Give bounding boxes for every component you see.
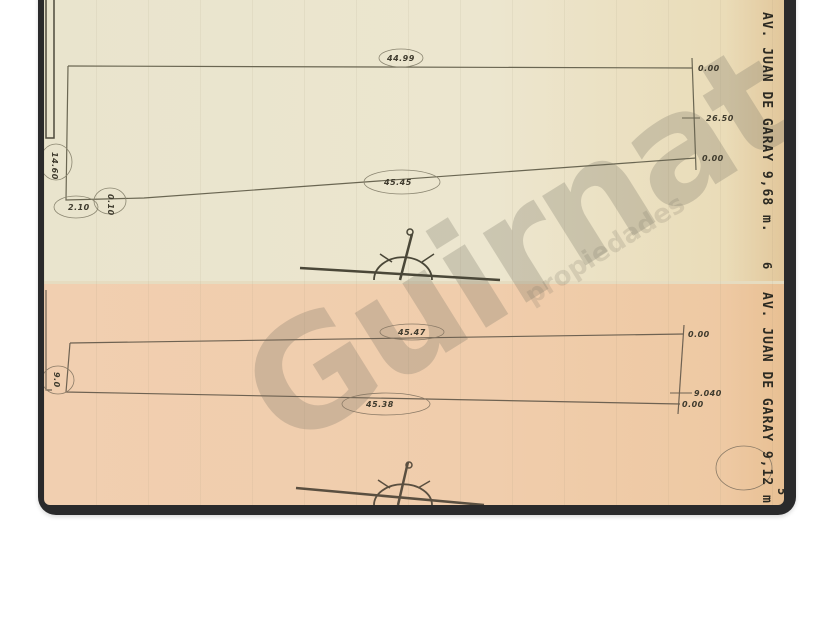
- measurement-bottom-edge: 45.38: [366, 400, 394, 409]
- street-label-top: AV. JUAN DE GARAY 9,68 m.: [759, 12, 774, 233]
- plot-outline-drawing: [44, 0, 784, 505]
- measurement-left-edge: 14.60: [50, 152, 59, 180]
- measurement-right-edge: 26.50: [706, 114, 734, 123]
- margin-stamp: [46, 0, 54, 138]
- measurement-corner: 2.10: [68, 203, 90, 212]
- measurement-right-edge: 9.040: [694, 389, 722, 398]
- sheet-number-bottom: 5: [775, 488, 784, 495]
- sheet-number-top: 6: [760, 262, 774, 269]
- compass-rose-icon: [296, 462, 484, 505]
- measurement-bottom-edge: 45.45: [384, 178, 412, 187]
- tick-label-bottom: 0.00: [702, 154, 724, 163]
- measurement-top-edge: 44.99: [387, 54, 415, 63]
- measurement-corner-small: 0.10: [106, 194, 115, 216]
- street-label-bottom: AV. JUAN DE GARAY 9,12 m.: [759, 292, 774, 505]
- measurement-left-edge: 9.0: [52, 372, 61, 388]
- compass-rose-icon: [300, 229, 500, 280]
- tick-label-top: 0.00: [688, 330, 710, 339]
- survey-plan-image: Guirnat propiedades: [44, 0, 784, 505]
- tick-label-top: 0.00: [698, 64, 720, 73]
- tick-label-bottom: 0.00: [682, 400, 704, 409]
- measurement-top-edge: 45.47: [398, 328, 426, 337]
